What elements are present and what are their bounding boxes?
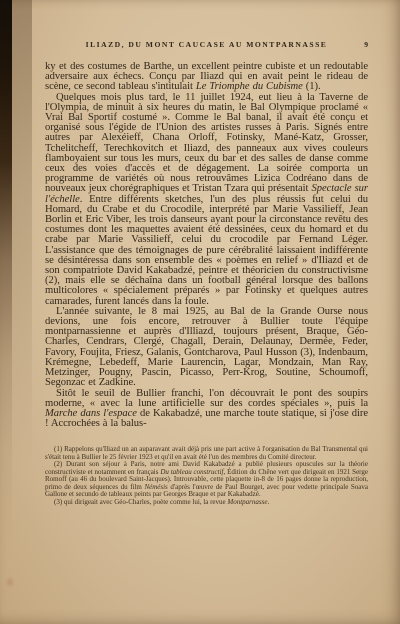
- running-title: ILIAZD, DU MONT CAUCASE AU MONTPARNASSE: [86, 40, 328, 49]
- scan-shadow-left: [0, 0, 12, 624]
- running-head: ILIAZD, DU MONT CAUCASE AU MONTPARNASSE …: [45, 40, 368, 49]
- paragraph-bal-olympique: Quelques mois plus tard, le 11 juillet 1…: [45, 93, 368, 307]
- footnote-1: (1) Rappelons qu'Iliazd un an auparavant…: [45, 446, 368, 461]
- scan-shadow-left-soft: [12, 0, 32, 624]
- text-column: ILIAZD, DU MONT CAUCASE AU MONTPARNASSE …: [45, 0, 368, 506]
- scanned-book-page: ILIAZD, DU MONT CAUCASE AU MONTPARNASSE …: [0, 0, 400, 624]
- footnote-2: (2) Durant son séjour à Paris, notre ami…: [45, 461, 368, 499]
- paragraph-bal-grande-ourse: L'année suivante, le 8 mai 1925, au Bal …: [45, 307, 368, 389]
- scan-smudge: [5, 576, 15, 588]
- page-number: 9: [364, 40, 368, 49]
- paragraph-bullier: Sitôt le seuil de Bullier franchi, l'on …: [45, 389, 368, 430]
- footnote-3: (3) qui dirigeait avec Géo-Charles, poèt…: [45, 499, 368, 507]
- paragraph-continuation: ky et des costumes de Barthe, un excelle…: [45, 62, 368, 93]
- footnotes: (1) Rappelons qu'Iliazd un an auparavant…: [45, 446, 368, 506]
- body-text: ky et des costumes de Barthe, un excelle…: [45, 62, 368, 429]
